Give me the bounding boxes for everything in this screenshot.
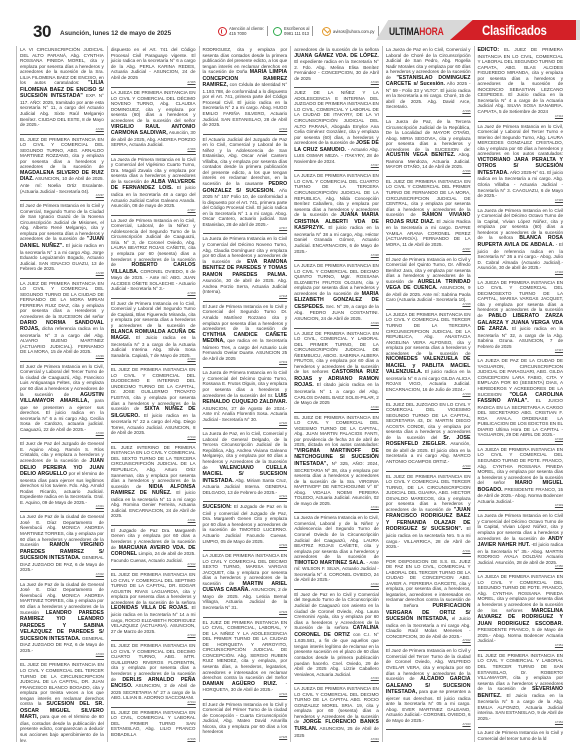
legal-notice: EL JUEZ DE PRIMERA INSTANCIA EN LO CIVIL…	[294, 414, 379, 514]
notice-code: A7321	[203, 495, 288, 498]
notice-text: La Jueza de Paz, de la Tercera Circunscr…	[386, 119, 471, 152]
legal-notice: LA JUEZ DE PRIMERA INSTANCIA EN LO CIVIL…	[294, 330, 379, 413]
notice-text: EL JUEZ DE PRIMERA INSTANCIA EN LO CIVIL…	[111, 710, 196, 737]
notice-text: EL JUEZ DE PRIMERA INSTANCIA EN LO CIVIL…	[111, 367, 196, 411]
notice-text: EL JUEZ DE PRIMERA INSTANCIA EN LO CIVIL…	[478, 47, 564, 114]
notice-code: A7328	[294, 254, 379, 257]
notice-code: A7339	[386, 393, 471, 396]
legal-notice: El Juez de Primera Instancia en lo Civil…	[20, 202, 104, 279]
notice-code: A7331	[294, 506, 379, 509]
legal-notice: La Jueza de Primera Instancia en lo Civi…	[478, 512, 563, 572]
notice-subject-name: LEONIDAS VILLA DE ROJAS.	[111, 605, 189, 611]
notice-code: A7326	[294, 81, 379, 84]
notice-text: LA JUEZA DE PRIMERA INSTANCIA EN LO CIVI…	[294, 173, 379, 217]
notice-text: El Juzgado de Paz en lo Civil y comercia…	[203, 504, 288, 543]
notice-code: A7352	[478, 721, 563, 724]
notice-text: EL JUEZ DE PRIMERA INSTANCIA EN LO CIVIL…	[20, 662, 104, 706]
notice-code: A7347	[478, 349, 563, 352]
notice-subject-name: SUCESION:	[203, 504, 232, 510]
notice-code: A7350	[478, 565, 563, 568]
notice-code: A7302	[20, 573, 104, 576]
legal-notice: La Jueza de Primera Instancia en lo Civi…	[203, 235, 288, 301]
notice-text: La Jueza de Primera Instancia en lo Civi…	[294, 515, 379, 559]
contact-value: 0981 111 013	[284, 31, 309, 36]
legal-notice: La Juez de Primera Instancia en lo Civil…	[478, 123, 563, 206]
divider	[267, 26, 268, 36]
section-title: Clasificados	[482, 22, 547, 38]
notice-subject-name: DAMIAN AGÜERO RUIZ.	[203, 681, 278, 687]
notice-text: con C.I. N° 1.635.581, a fin de que aque…	[294, 632, 379, 677]
legal-notice: EL JUEZ DE PRIMERA INSTANCIA EN LO CIVIL…	[111, 571, 196, 641]
legal-notice: dispuesto en el Art. 741 del Código Proc…	[111, 46, 196, 88]
notice-subject-name: JUANA GÁMEZ VDA. DE LÓPEZ.	[294, 53, 379, 59]
legal-notice: acreedores de la sucesión de la señora J…	[294, 46, 379, 88]
legal-notice: EL JUEZ DE PRIMERA INSTANCIA EN LO CIVIL…	[386, 473, 471, 557]
divider	[378, 26, 379, 36]
notice-text: El expediente radica en la Secretaría N°…	[294, 59, 379, 81]
notice-code: A7327	[294, 164, 379, 167]
legal-notice: La Jueza de Primera Instancia en lo Civi…	[294, 514, 379, 590]
notice-code: A7329	[294, 322, 379, 325]
legal-notice: La Jueza de Primera Instancia en lo Civi…	[203, 369, 288, 429]
column-4: acreedores de la sucesión de la señora J…	[291, 46, 383, 742]
whatsapp-icon	[273, 27, 282, 36]
notice-code: A7317	[203, 227, 288, 230]
notice-code: A7340	[386, 465, 471, 468]
notice-code: A7308	[111, 292, 196, 295]
legal-notice: La Juez de Primera Instancia en lo Civil…	[478, 729, 563, 742]
legal-notice: LA JUEZ DE PRIMERA INSTANCIA EN LO CIVIL…	[20, 280, 104, 362]
legal-notice: El Juez de Primera Instancia en lo Civil…	[111, 300, 196, 365]
legal-notice: EL JUEZ DEL JUZGADO EN LO CIVIL Y COMERC…	[386, 401, 471, 472]
legal-notice: El Juez de Primera Instancia en lo Civil…	[20, 363, 104, 440]
legal-notice: EDICTO: EL JUEZ DE PRIMERA INSTANCIA EN …	[478, 46, 563, 122]
notice-code: A7305	[111, 81, 196, 84]
classifieds-columns: LA VI CIRCUNSCRIPCIÓN JUDICIAL DEL ALTO …	[16, 46, 566, 742]
page-header: 30 Asunción, lunes 12 de mayo de 2025 At…	[0, 0, 580, 40]
notice-code: A7334	[294, 738, 379, 741]
column-2: dispuesto en el Art. 741 del Código Proc…	[108, 46, 200, 742]
notice-text: La Juez de Primera Instancia en lo Civil…	[478, 730, 563, 741]
notice-code: A7332	[294, 583, 379, 586]
brand-part-1: ULTIMA	[389, 25, 419, 38]
notice-text: con Cédula de Identidad N° 1.193.788, de…	[203, 82, 288, 127]
legal-notice: LA JUEZA DE PAZ DE LA CIUDAD DE YAGUARON…	[478, 357, 563, 445]
notice-code: A7348	[478, 438, 563, 441]
notice-code: A7301	[20, 505, 104, 508]
notice-code: A7296	[20, 128, 104, 131]
notice-text: El Juez de Primera Instancia en lo Civil…	[203, 702, 288, 735]
mail-icon	[322, 27, 331, 36]
notice-text: POR DISPOSICION DE S.S. EL JUEZ DE PAZ E…	[386, 559, 471, 608]
notice-text: ASUNCION, 27 de Agosto de 2024.- Ante mí…	[203, 406, 288, 422]
notice-code: A7297	[20, 194, 104, 197]
legal-notice: EL JUEZ DE PRIMERA INSTANCIA EN LO CIVIL…	[478, 652, 563, 729]
legal-notice: La Juez de Paz de la ciudad de General J…	[20, 581, 104, 661]
notice-code: A7311	[111, 519, 196, 522]
contact-value: avisos@uhora.com.py	[333, 29, 375, 34]
phone-icon	[218, 27, 227, 36]
legal-notice: EL JUEZ DE PRIMERA INSTANCIA EN LO CIVIL…	[386, 178, 471, 255]
notice-text: EL JUEZ DE PRIMERA INSTANCIA EN LO CIVIL…	[294, 415, 379, 448]
legal-notice: La Jueza de Paz en lo Civil, Comercial y…	[386, 46, 471, 117]
brand-part-2: HORA	[419, 25, 443, 38]
notice-text: LA JUEZA DE PRIMERA INSTANCIA EN LO CIVI…	[386, 312, 471, 356]
legal-notice: LA JUEZA DE PRIMERA INSTANCIA EN LO CIVI…	[294, 172, 379, 261]
notice-code: A7314	[111, 701, 196, 704]
notice-code: A7303	[20, 653, 104, 656]
notice-code: A7299	[20, 355, 104, 358]
legal-notice: El Juez de Primera Instancia en lo Civil…	[203, 701, 288, 742]
legal-notice: EL JUEZ DE PRIMERA INSTANCIA EN LO CIVIL…	[20, 661, 104, 742]
column-1: LA VI CIRCUNSCRIPCIÓN JUDICIAL DEL ALTO …	[16, 46, 108, 742]
notice-code: A7336	[386, 170, 471, 173]
page-number: 30	[33, 22, 51, 42]
notice-text: EL JUEZ INTERINO DE PRIMERA INSTANCIA EN…	[111, 445, 196, 489]
notice-code: A7310	[111, 436, 196, 439]
legal-notice: EL JUEZ DE PRIMERA INSTANCIA EN LO CIVIL…	[111, 642, 196, 707]
notice-text: PRESIDENTE FRANCO, 5 de Mayo de 2025.- A…	[478, 627, 563, 643]
legal-notice: EL JUEZ INTERINO DE PRIMERA INSTANCIA EN…	[111, 444, 196, 526]
legal-notice: El Actuario Judicial del Juzgado de Paz …	[203, 136, 288, 235]
legal-notice: LA VI CIRCUNSCRIPCIÓN JUDICIAL DEL ALTO …	[20, 46, 104, 135]
legal-notice: EL JUEZ DE PRIMERA INSTANCIA EN LO CIVIL…	[111, 366, 196, 443]
publication-date: Asunción, lunes 12 de mayo de 2025	[60, 30, 171, 37]
notice-code: A7300	[20, 432, 104, 435]
notice-text: La Juez de Primera Instancia en lo Civil…	[478, 124, 563, 157]
legal-notice: LA JUEZA DE PRIMERA INSTANCIA EN LO CIVI…	[386, 311, 471, 400]
legal-notice: El Juzgado de Paz Dra. Margareth Genen c…	[111, 527, 196, 570]
legal-notice: La Juez de Primera Instancia en lo Civil…	[111, 217, 196, 299]
notice-code: A7325	[203, 736, 288, 739]
notice-subject-name: TIMOTEO MARTINEZ SALA.	[294, 560, 365, 566]
legal-notice: EL JUEZ DE PRIMERA INSTANCIA EN LO CIVIL…	[203, 619, 288, 700]
notice-code: A7307	[111, 209, 196, 212]
legal-notice: LA JUEZA DE PRIMERA INSTANCIA EN LO CIVI…	[478, 573, 563, 651]
legal-notice: LA JUEZA DE PRIMERA INSTANCIA EN LO CIVI…	[111, 89, 196, 154]
notice-text: EL JUEZ DE PRIMERA INSTANCIA EN LO CIVIL…	[203, 620, 288, 680]
notice-code: A7342	[386, 639, 471, 642]
notice-code: A7338	[386, 303, 471, 306]
notice-code: A7306	[111, 148, 196, 151]
notice-subject-name: ACUSTIN VEGA BENITEZ.	[386, 152, 455, 158]
legal-notice: JUEZ DE LA NIÑEZ Y LA ADOLESCENCIA E INT…	[294, 89, 379, 171]
notice-text: EL JUEZ DE PRIMERA INSTANCIA EN LO CIVIL…	[111, 572, 196, 605]
notice-code: A7343	[386, 723, 471, 726]
notice-code: A7341	[386, 550, 471, 553]
legal-notice: LA JUEZA DE PRIMERA INSTANCIA EN LO CIVI…	[478, 279, 563, 357]
notice-code: A7323	[203, 611, 288, 614]
notice-code: A7298	[20, 272, 104, 275]
column-5: La Jueza de Paz en lo Civil, Comercial y…	[383, 46, 475, 742]
notice-text: LA JUEZA DE PRIMERA INSTANCIA EN LO CIVI…	[111, 90, 196, 123]
legal-notice: LA JUEZA DE PRIMERA INSTANCIA EN LO CIVI…	[478, 446, 563, 511]
legal-notice: SUCESION: El Juzgado de Paz en lo Civil …	[203, 503, 288, 551]
legal-notice: LA JUEZA DE PRIMERA INSTANCIA EN LO CIVI…	[294, 685, 379, 742]
notice-code: A7351	[478, 644, 563, 647]
legal-notice: El Juez de Primera Instancia en lo Civil…	[386, 256, 471, 310]
notice-code: A7349	[478, 504, 563, 507]
notice-text: Nº 325, AÑO: 2024, SECRETARIA Nº 38, cit…	[294, 461, 379, 506]
notice-text: El Actuario Judicial del Juzgado de Paz …	[203, 137, 288, 186]
notice-text: acreedores de la sucesión de la señora	[294, 47, 379, 52]
notice-code: A7333	[294, 677, 379, 680]
notice-text: JUEZ DE LA NIÑEZ Y LA ADOLESCENCIA E INT…	[294, 90, 379, 145]
notice-text: El Juez de Primera Instancia en lo Civil…	[111, 301, 196, 328]
contact-customer-service: Atención al cliente:415 7000	[218, 26, 268, 36]
legal-notice: La Jueza de Paz, en lo Civil, Comercial …	[203, 430, 288, 502]
legal-notice: La Jueza de Primera Instancia en lo Civi…	[478, 207, 563, 278]
legal-notice: EL JUEZ DE PRIMERA INSTANCIA EN LO CIVIL…	[20, 136, 104, 201]
notice-text: La Juez de Primera Instancia en lo Civil…	[111, 218, 196, 267]
notice-text: Año 2025 N° 157 Folio 10, de conformidad…	[203, 188, 288, 227]
notice-code: A7324	[203, 693, 288, 696]
notice-code: A7312	[111, 563, 196, 566]
notice-code: A7313	[111, 634, 196, 637]
legal-notice: EL JUEZ DE PRIMERA INSTANCIA EN LO CIVIL…	[111, 709, 196, 742]
notice-code: A7316	[203, 128, 288, 131]
contact-whatsapp: Escríbenos al0981 111 013	[273, 26, 313, 36]
legal-notice: El Juez de Paz del Juzgado de General E.…	[20, 440, 104, 512]
notice-code: A7345	[478, 199, 563, 202]
notice-code: A7337	[386, 248, 471, 251]
notice-code: A7335	[386, 110, 471, 113]
notice-code: A7320	[203, 422, 288, 425]
notice-code: A7322	[203, 544, 288, 547]
notice-code: A7344	[478, 115, 563, 118]
notice-code: A7315	[111, 738, 196, 741]
notice-code: A7309	[111, 358, 196, 361]
legal-notice: El Juez de Paz en lo Civil y Comercial d…	[294, 591, 379, 684]
legal-notice: La Juez de Paz de la ciudad de General J…	[20, 513, 104, 579]
notice-text: Asunción, 30 de abril de 2025. Abg. Andr…	[203, 278, 288, 294]
contact-value: 415 7000	[229, 31, 246, 36]
column-3: RODRIGUEZ, cita y emplaza por sesenta dí…	[200, 46, 292, 742]
notice-code: A7319	[203, 361, 288, 364]
legal-notice: El Juez de Primera Instancia en lo Civil…	[386, 647, 471, 730]
legal-notice: LA JUEZA DE PRIMERA INSTANCIA EN LO CIVI…	[294, 262, 379, 328]
notice-subject-name: EDICTO:	[478, 47, 500, 53]
notice-text: El Juez de Primera Instancia en lo Civil…	[203, 304, 288, 331]
notice-code: A7318	[203, 295, 288, 298]
notice-text: LA JUEZ DE PRIMERA INSTANCIA EN LO CIVIL…	[294, 331, 379, 375]
legal-notice: El Juez de Primera Instancia en lo Civil…	[203, 303, 288, 368]
contact-email: avisos@uhora.com.py	[322, 26, 379, 36]
brand-logo: ULTIMAHORA	[389, 25, 444, 38]
legal-notice: La Jueza de Paz, de la Tercera Circunscr…	[386, 118, 471, 177]
legal-notice: La Jueza de Primera Instancia en lo Civi…	[111, 156, 196, 216]
legal-notice: POR DISPOSICION DE S.S. EL JUEZ DE PAZ E…	[386, 558, 471, 647]
notice-text: EL JUEZ DE PRIMERA INSTANCIA EN LO CIVIL…	[20, 137, 104, 170]
notice-text: EL JUICIO RADICA EN LA SECRETARIA A CARG…	[478, 398, 563, 437]
column-6: EDICTO: EL JUEZ DE PRIMERA INSTANCIA EN …	[475, 46, 566, 742]
legal-notice: LA JUEZA DE PRIMERA INSTANCIA EN LO CIVI…	[203, 552, 288, 617]
notice-code: A7330	[294, 406, 379, 409]
legal-notice: RODRIGUEZ, cita y emplaza por sesenta dí…	[203, 46, 288, 135]
notice-code: A7346	[478, 271, 563, 274]
divider	[312, 26, 313, 36]
notice-text: dispuesto en el Art. 741 del Código Proc…	[111, 47, 196, 80]
notice-text: LA JUEZ DE PRIMERA INSTANCIA EN LO CIVIL…	[20, 281, 104, 319]
